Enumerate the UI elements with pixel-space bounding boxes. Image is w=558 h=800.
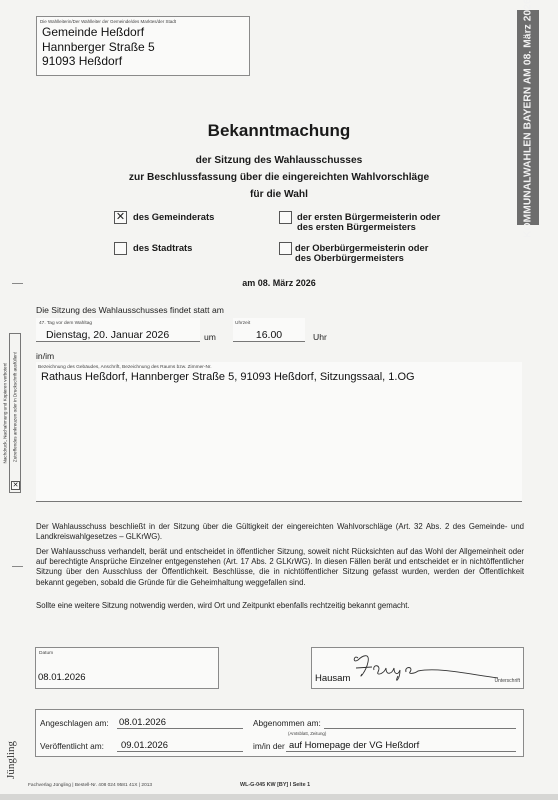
meeting-time-label: Uhrzeit bbox=[235, 321, 250, 326]
option-oberbuergermeister[interactable] bbox=[279, 242, 292, 255]
option-buergermeister-label-2: des ersten Bürgermeisters bbox=[297, 222, 416, 232]
footer-form-code: WL-G-045 KW [BY] I Seite 1 bbox=[240, 782, 310, 788]
sender-name: Gemeinde Heßdorf bbox=[42, 25, 144, 39]
paragraph-further-session: Sollte eine weitere Sitzung notwendig we… bbox=[36, 601, 524, 611]
margin-note-line1: Nachdruck, Nachahmung und Kopieren verbo… bbox=[0, 333, 10, 493]
date-box: Datum 08.01.2026 bbox=[35, 647, 219, 689]
posted-label: Angeschlagen am: bbox=[40, 718, 109, 728]
meeting-location-label: Bezeichnung des Gebäudes, Anschrift, Bez… bbox=[38, 365, 212, 370]
paragraph-validity: Der Wahlausschuss beschließt in der Sitz… bbox=[36, 522, 524, 542]
checkbox-buergermeister[interactable] bbox=[279, 211, 292, 224]
publisher-brand: Jüngling bbox=[5, 741, 17, 779]
subtitle-line-1: der Sitzung des Wahlausschusses bbox=[0, 155, 558, 166]
meeting-time-field[interactable]: Uhrzeit 16.00 bbox=[233, 318, 305, 342]
checkbox-oberbuergermeister[interactable] bbox=[279, 242, 292, 255]
meeting-date-field[interactable]: 47. Tag vor dem Wahltag Dienstag, 20. Ja… bbox=[36, 318, 200, 342]
checkbox-gemeinderat[interactable]: ✕ bbox=[114, 211, 127, 224]
page-bottom-edge bbox=[0, 794, 558, 800]
margin-note-line2: Zutreffendes ankreuzen oder in Druckschr… bbox=[10, 333, 20, 481]
fold-mark-top bbox=[12, 283, 23, 284]
side-banner-text: KOMMUNALWAHLEN BAYERN AM 08. März 2026 bbox=[523, 0, 534, 237]
checkbox-stadtrat[interactable] bbox=[114, 242, 127, 255]
sender-city: 91093 Heßdorf bbox=[42, 54, 122, 68]
option-oberbuergermeister-label-2: des Oberbürgermeisters bbox=[295, 253, 404, 263]
meeting-location-field[interactable]: Bezeichnung des Gebäudes, Anschrift, Bez… bbox=[36, 362, 522, 502]
election-date: am 08. März 2026 bbox=[0, 278, 558, 288]
meeting-time-value: 16.00 bbox=[233, 329, 305, 341]
date-box-label: Datum bbox=[39, 651, 53, 656]
handwritten-signature-icon bbox=[348, 650, 518, 686]
signer-name: Hausam bbox=[315, 673, 350, 684]
option-buergermeister[interactable] bbox=[279, 211, 292, 224]
meeting-intro: Die Sitzung des Wahlausschusses findet s… bbox=[36, 305, 224, 315]
posted-value: 08.01.2026 bbox=[119, 716, 166, 727]
publisher-logo: Jüngling bbox=[2, 730, 20, 790]
uhr-label: Uhr bbox=[313, 332, 327, 342]
medium-hint: (Amtsblatt, Zeitung) bbox=[288, 731, 326, 736]
paragraph-public-session: Der Wahlausschuss verhandelt, berät und … bbox=[36, 547, 524, 588]
sender-address-box: Die Wahlleiterin/Der Wahlleiter der Geme… bbox=[36, 16, 250, 76]
sender-label: Die Wahlleiterin/Der Wahlleiter der Geme… bbox=[40, 19, 176, 24]
option-gemeinderat[interactable]: ✕ bbox=[114, 211, 127, 224]
posting-box: Angeschlagen am: 08.01.2026 Abgenommen a… bbox=[35, 709, 524, 757]
subtitle-line-2: zur Beschlussfassung über die eingereich… bbox=[0, 172, 558, 183]
published-value: 09.01.2026 bbox=[121, 739, 168, 750]
medium-value: auf Homepage der VG Heßdorf bbox=[289, 739, 419, 750]
sender-street: Hannberger Straße 5 bbox=[42, 40, 155, 54]
footer-publisher-info: Fachverlag Jüngling | Bestell-Nr. 408 02… bbox=[28, 783, 152, 788]
meeting-date-value: Dienstag, 20. Januar 2026 bbox=[46, 329, 169, 341]
date-box-value: 08.01.2026 bbox=[38, 672, 86, 683]
medium-label: im/in der bbox=[253, 741, 285, 751]
margin-note-checkbox: ✕ bbox=[11, 481, 20, 490]
option-stadtrat[interactable] bbox=[114, 242, 127, 255]
option-stadtrat-label: des Stadtrats bbox=[133, 243, 192, 253]
page-title: Bekanntmachung bbox=[0, 121, 558, 141]
signature-box: Hausam Unterschrift bbox=[311, 647, 524, 689]
option-gemeinderat-label: des Gemeinderats bbox=[133, 212, 214, 222]
document-page: Die Wahlleiterin/Der Wahlleiter der Geme… bbox=[0, 0, 558, 794]
meeting-date-label: 47. Tag vor dem Wahltag bbox=[39, 321, 92, 326]
um-label: um bbox=[204, 332, 216, 342]
published-label: Veröffentlicht am: bbox=[40, 741, 104, 751]
subtitle-line-3: für die Wahl bbox=[0, 189, 558, 200]
signature-label: Unterschrift bbox=[494, 678, 520, 684]
removed-label: Abgenommen am: bbox=[253, 718, 321, 728]
meeting-location-value: Rathaus Heßdorf, Hannberger Straße 5, 91… bbox=[41, 371, 415, 383]
fold-mark-bottom bbox=[12, 566, 23, 567]
in-im-label: in/im bbox=[36, 351, 54, 361]
